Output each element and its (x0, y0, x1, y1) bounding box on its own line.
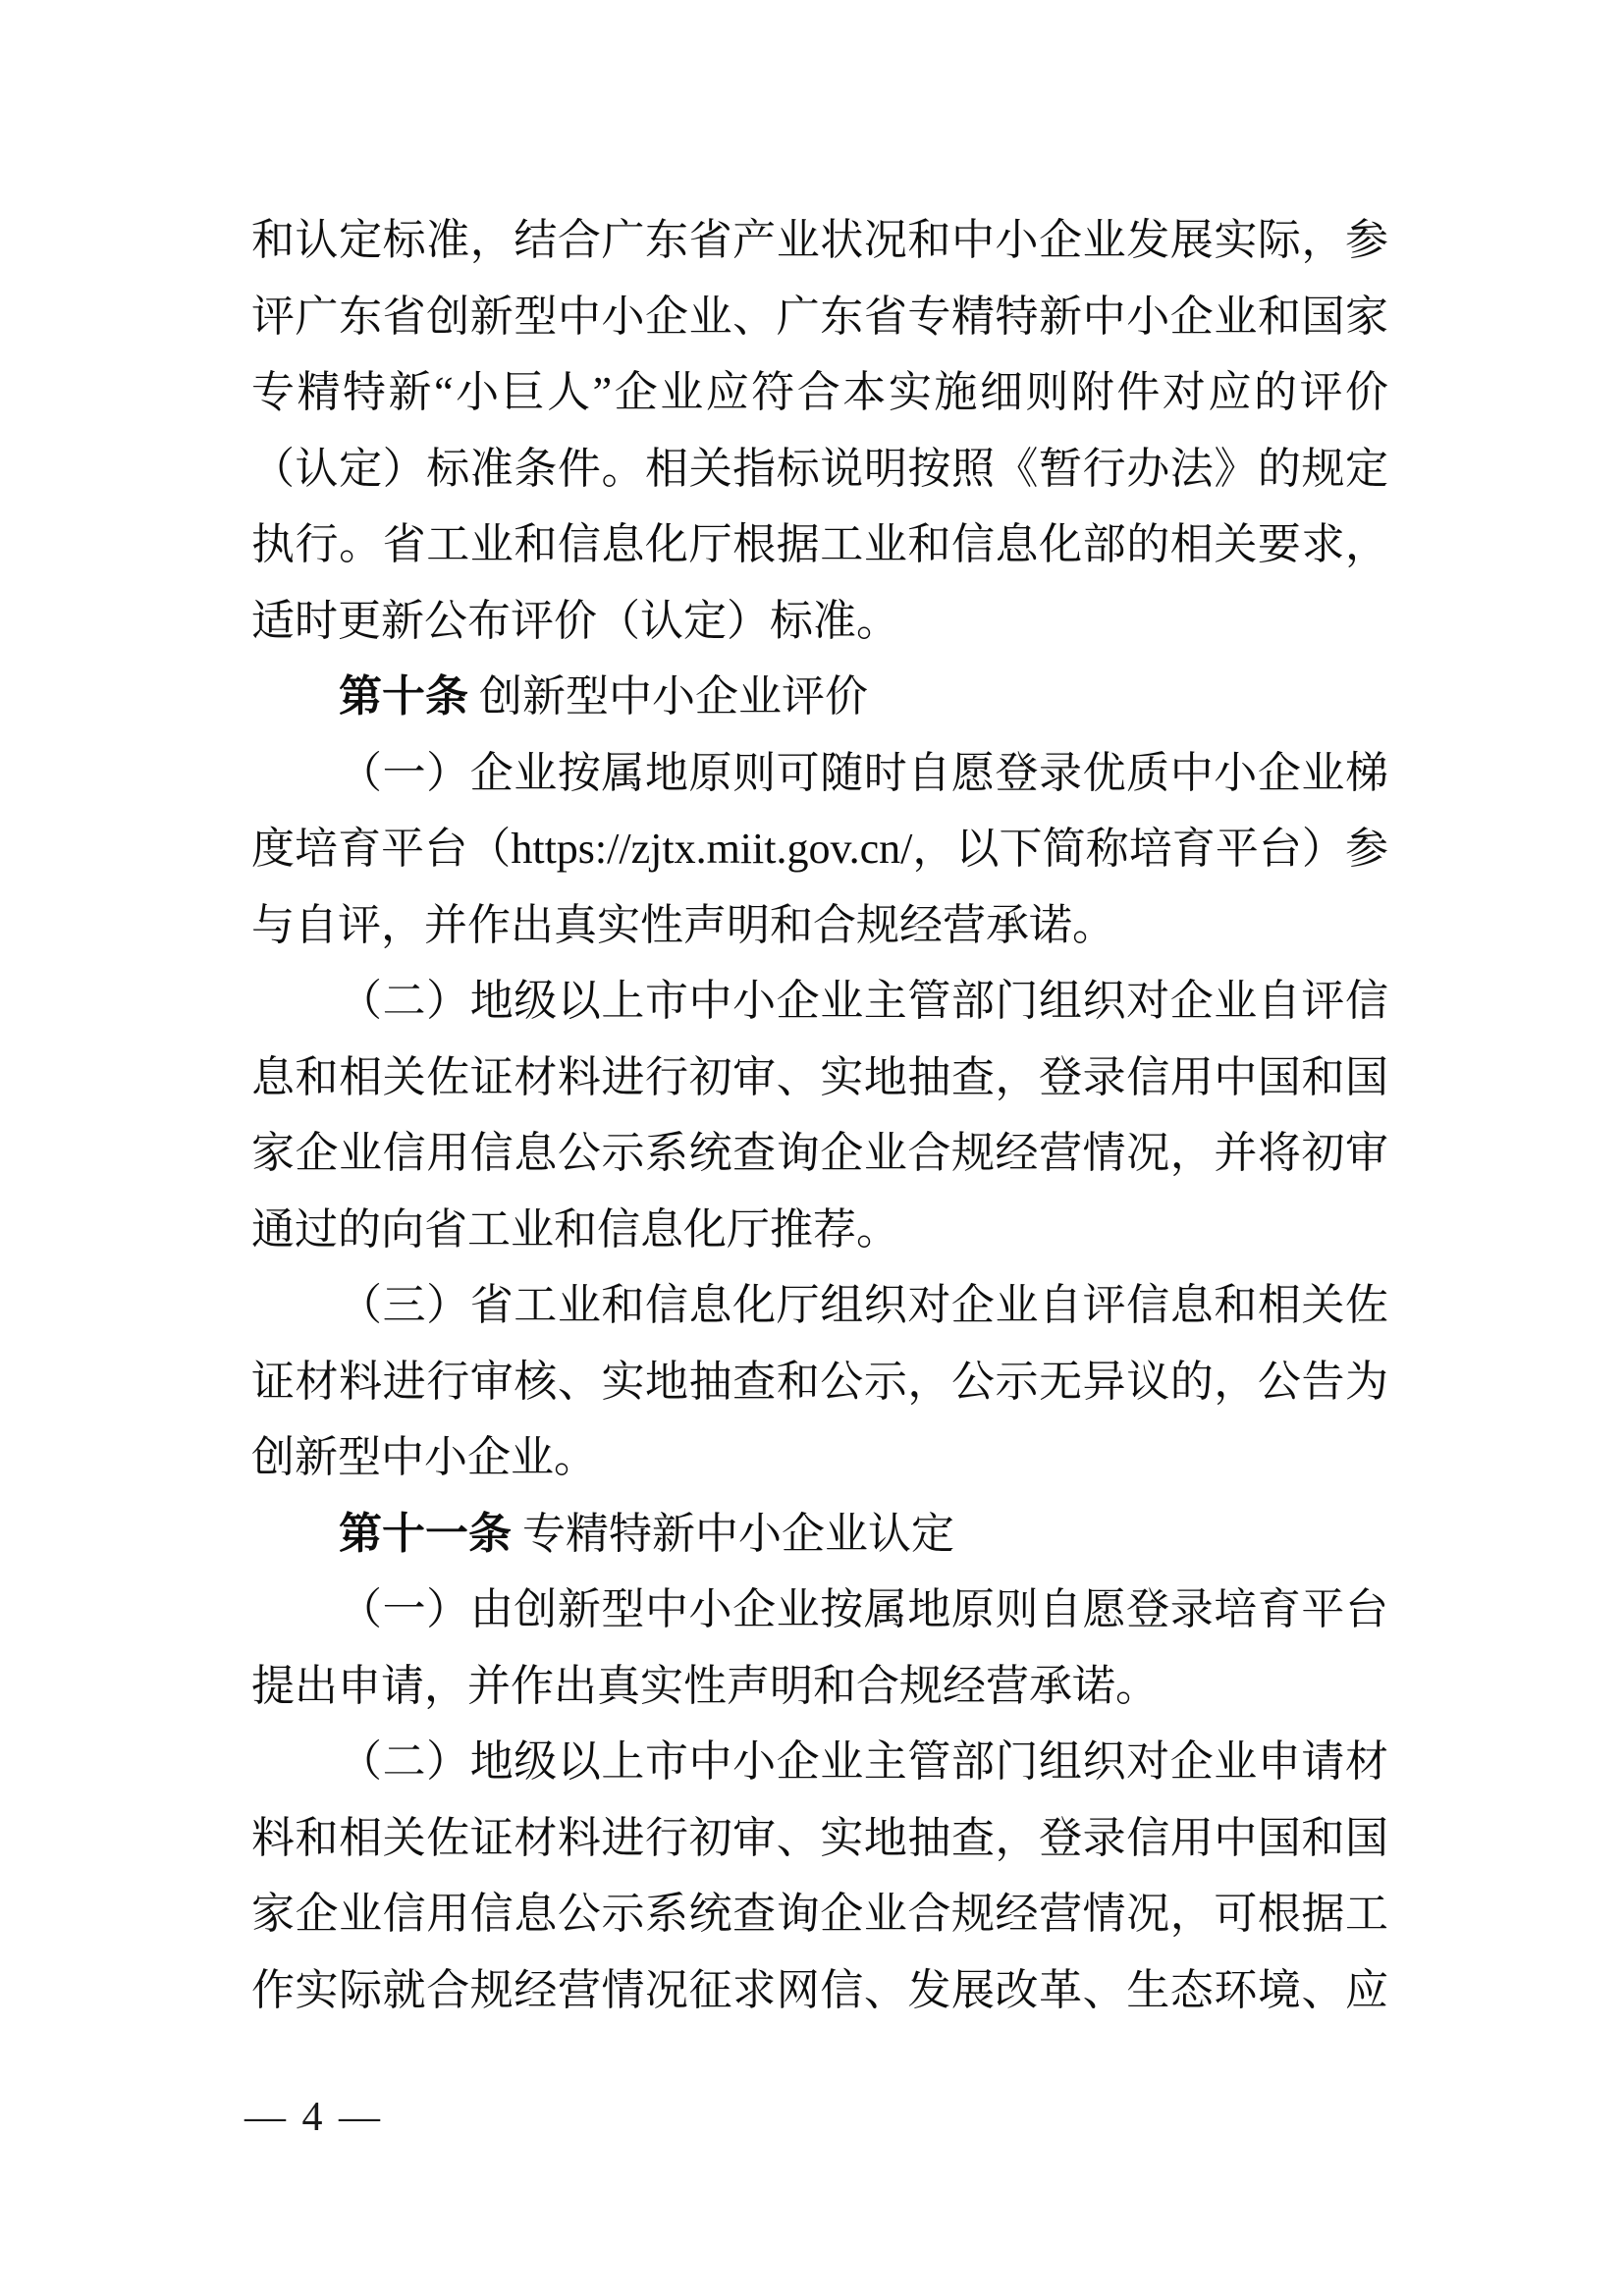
text-line: （一）由创新型中小企业按属地原则自愿登录培育平台 (251, 1572, 1388, 1648)
article-heading-line: 第十一条 专精特新中小企业认定 (251, 1496, 1388, 1573)
text-line: （认定）标准条件。相关指标说明按照《暂行办法》的规定 (251, 431, 1388, 507)
page-number-text: — 4 — (244, 2095, 383, 2140)
text-line: 创新型中小企业。 (251, 1419, 1388, 1496)
article-number: 第十条 (339, 672, 468, 721)
text-line: 适时更新公布评价（认定）标准。 (251, 583, 1388, 660)
document-page: 和认定标准，结合广东省产业状况和中小企业发展实际，参评广东省创新型中小企业、广东… (0, 0, 1624, 2296)
page-number: — 4 — (244, 2097, 383, 2138)
text-line: 息和相关佐证材料进行初审、实地抽查，登录信用中国和国 (251, 1040, 1388, 1116)
document-body: 和认定标准，结合广东省产业状况和中小企业发展实际，参评广东省创新型中小企业、广东… (251, 202, 1388, 2028)
text-line: 专精特新“小巨人”企业应符合本实施细则附件对应的评价 (251, 354, 1388, 431)
text-line: 作实际就合规经营情况征求网信、发展改革、生态环境、应 (251, 1952, 1388, 2029)
text-line: （一）企业按属地原则可随时自愿登录优质中小企业梯 (251, 735, 1388, 812)
text-line: 家企业信用信息公示系统查询企业合规经营情况，可根据工 (251, 1876, 1388, 1952)
text-line: 料和相关佐证材料进行初审、实地抽查，登录信用中国和国 (251, 1800, 1388, 1877)
text-line: 通过的向省工业和信息化厅推荐。 (251, 1192, 1388, 1268)
article-number: 第十一条 (339, 1510, 512, 1558)
article-heading-line: 第十条 创新型中小企业评价 (251, 659, 1388, 735)
text-line: 度培育平台（https://zjtx.miit.gov.cn/，以下简称培育平台… (251, 811, 1388, 887)
text-line: 执行。省工业和信息化厅根据工业和信息化部的相关要求， (251, 507, 1388, 583)
text-line: 提出申请，并作出真实性声明和合规经营承诺。 (251, 1648, 1388, 1725)
text-line: 评广东省创新型中小企业、广东省专精特新中小企业和国家 (251, 279, 1388, 355)
text-line: 与自评，并作出真实性声明和合规经营承诺。 (251, 887, 1388, 964)
text-line: （二）地级以上市中小企业主管部门组织对企业申请材 (251, 1724, 1388, 1800)
text-line: 和认定标准，结合广东省产业状况和中小企业发展实际，参 (251, 202, 1388, 279)
text-line: （二）地级以上市中小企业主管部门组织对企业自评信 (251, 963, 1388, 1040)
text-line: （三）省工业和信息化厅组织对企业自评信息和相关佐 (251, 1267, 1388, 1344)
text-line: 家企业信用信息公示系统查询企业合规经营情况，并将初审 (251, 1115, 1388, 1192)
text-line: 证材料进行审核、实地抽查和公示，公示无异议的，公告为 (251, 1344, 1388, 1420)
